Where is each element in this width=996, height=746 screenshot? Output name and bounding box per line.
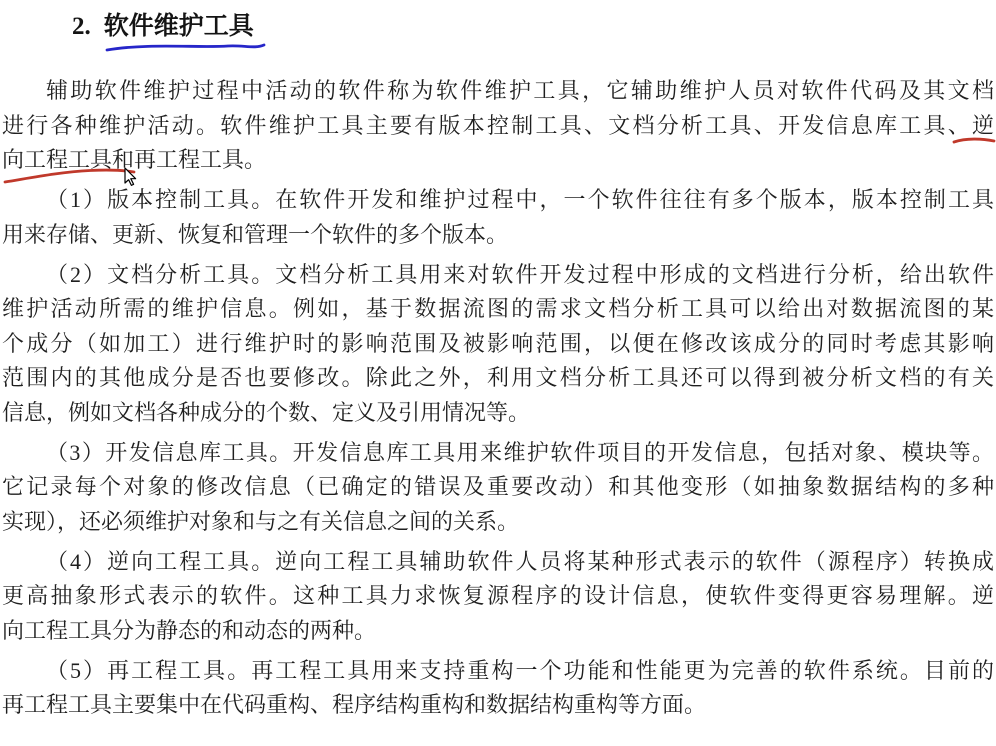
- heading-title: 软件维护工具: [104, 13, 254, 40]
- text-line: 用来存储、更新、恢复和管理一个软件的多个版本。: [2, 218, 994, 253]
- text-line: 向工程工具和再工程工具。: [2, 143, 994, 178]
- text-line: 实现），还必须维护对象和与之有关信息之间的关系。: [2, 505, 994, 540]
- text-line: 更高抽象形式表示的软件。这种工具力求恢复源程序的设计信息，使软件变得更容易理解。…: [2, 579, 994, 614]
- text-line: 信息，例如文档各种成分的个数、定义及引用情况等。: [2, 396, 994, 431]
- text-line: 向工程工具分为静态的和动态的两种。: [2, 614, 994, 649]
- text-line: 它记录每个对象的修改信息（已确定的错误及重要改动）和其他变形（如抽象数据结构的多…: [2, 470, 994, 505]
- paragraph: （2）文档分析工具。文档分析工具用来对软件开发过程中形成的文档进行分析，给出软件…: [2, 258, 994, 431]
- paragraph: （4）逆向工程工具。逆向工程工具辅助软件人员将某种形式表示的软件（源程序）转换成…: [2, 545, 994, 649]
- text-line: 再工程工具主要集中在代码重构、程序结构重构和数据结构重构等方面。: [2, 688, 994, 723]
- text-line: 进行各种维护活动。软件维护工具主要有版本控制工具、文档分析工具、开发信息库工具、…: [2, 109, 994, 144]
- paragraph: 辅助软件维护过程中活动的软件称为软件维护工具，它辅助维护人员对软件代码及其文档进…: [2, 74, 994, 178]
- text-line: 辅助软件维护过程中活动的软件称为软件维护工具，它辅助维护人员对软件代码及其文档: [2, 74, 994, 109]
- text-line: （2）文档分析工具。文档分析工具用来对软件开发过程中形成的文档进行分析，给出软件: [2, 258, 994, 293]
- text-line: 个成分（如加工）进行维护时的影响范围及被影响范围，以便在修改该成分的同时考虑其影…: [2, 327, 994, 362]
- text-line: 维护活动所需的维护信息。例如，基于数据流图的需求文档分析工具可以给出对数据流图的…: [2, 292, 994, 327]
- document-page: 2.软件维护工具 辅助软件维护过程中活动的软件称为软件维护工具，它辅助维护人员对…: [0, 0, 996, 746]
- text-line: （3）开发信息库工具。开发信息库工具用来维护软件项目的开发信息，包括对象、模块等…: [2, 436, 994, 471]
- body-text: 辅助软件维护过程中活动的软件称为软件维护工具，它辅助维护人员对软件代码及其文档进…: [2, 74, 994, 723]
- section-heading: 2.软件维护工具: [72, 12, 994, 42]
- heading-underline-pen-annotation: [103, 40, 269, 56]
- text-line: （4）逆向工程工具。逆向工程工具辅助软件人员将某种形式表示的软件（源程序）转换成: [2, 545, 994, 580]
- text-line: 范围内的其他成分是否也要修改。除此之外，利用文档分析工具还可以得到被分析文档的有…: [2, 361, 994, 396]
- paragraph: （1）版本控制工具。在软件开发和维护过程中，一个软件往往有多个版本，版本控制工具…: [2, 183, 994, 252]
- paragraph: （3）开发信息库工具。开发信息库工具用来维护软件项目的开发信息，包括对象、模块等…: [2, 436, 994, 540]
- text-line: （1）版本控制工具。在软件开发和维护过程中，一个软件往往有多个版本，版本控制工具: [2, 183, 994, 218]
- paragraph: （5）再工程工具。再工程工具用来支持重构一个功能和性能更为完善的软件系统。目前的…: [2, 654, 994, 723]
- text-line: （5）再工程工具。再工程工具用来支持重构一个功能和性能更为完善的软件系统。目前的: [2, 654, 994, 689]
- heading-number: 2.: [72, 12, 91, 42]
